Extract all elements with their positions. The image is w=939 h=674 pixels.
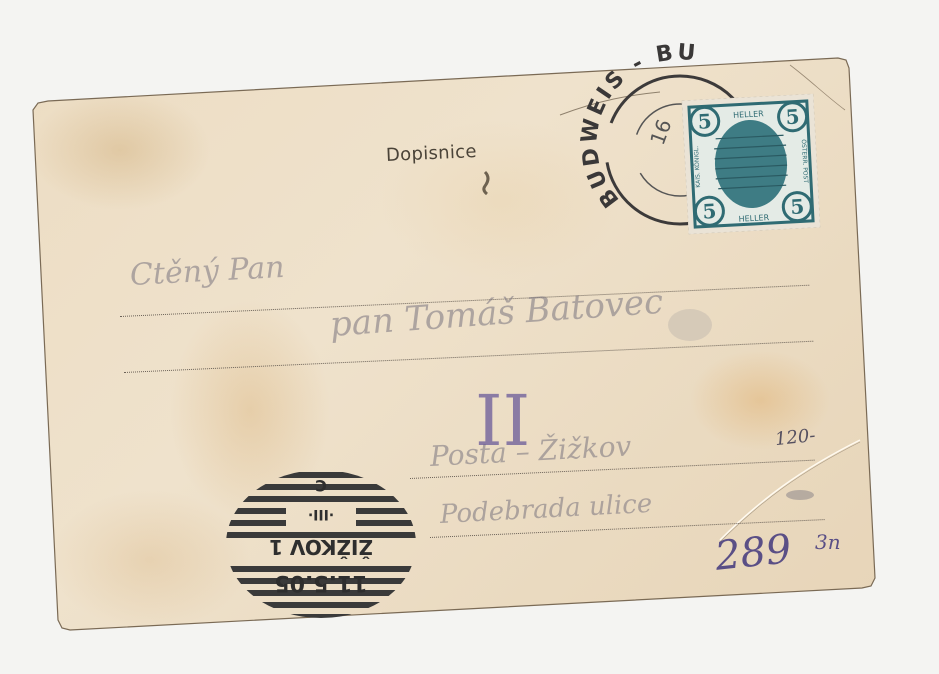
pencil-price: 120-	[774, 425, 816, 450]
postcard-heading: Dopisnice	[386, 141, 478, 166]
postage-stamp: 5 5 5 5 HELLER HELLER KAIS. KÖNIGL. ÖSTE…	[682, 94, 821, 235]
stamp-value-bl: 5	[702, 199, 717, 224]
pencil-catalog-number: 289	[713, 526, 794, 580]
postmark-line1: C	[315, 476, 327, 495]
stamp-value-br: 5	[790, 194, 805, 219]
stamp-currency-top: HELLER	[733, 109, 764, 120]
postmark-date: 11.5.05	[274, 570, 367, 595]
postmark-town: ŽIŽKOV 1	[269, 535, 373, 559]
handwriting-mark: II	[475, 380, 530, 462]
stamp-value-tr: 5	[785, 104, 800, 129]
zizkov-postmark: 11.5.05 ŽIŽKOV 1 ·III· C	[226, 470, 416, 618]
pencil-code: 3n	[815, 530, 841, 554]
postmark-line2: ·III·	[308, 506, 334, 522]
stamp-value-tl: 5	[697, 109, 712, 134]
stamp-currency-bottom: HELLER	[738, 213, 769, 224]
